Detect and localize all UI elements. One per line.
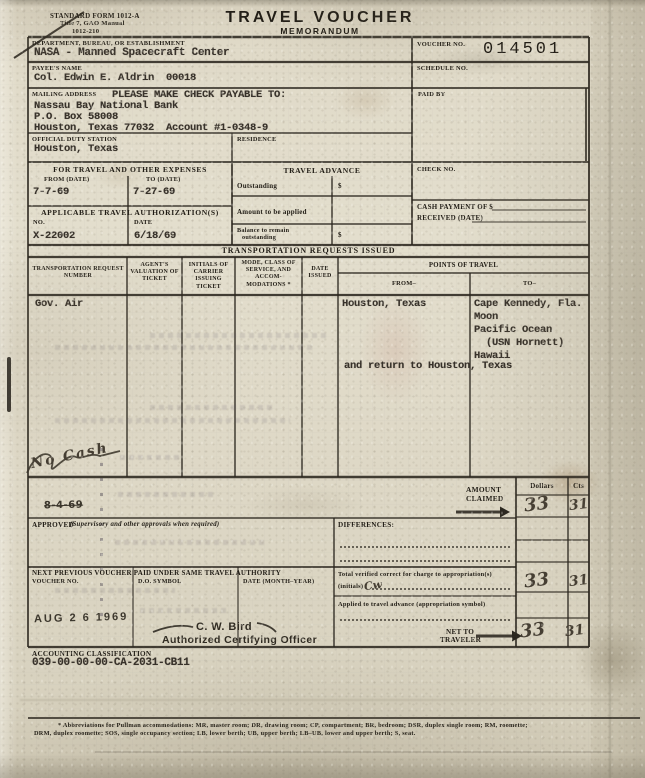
col-agents-valuation: AGENT'S VALUATION OF TICKET — [129, 262, 180, 284]
amount-claimed-cents: 31 — [568, 496, 589, 514]
prev-voucher-header: NEXT PREVIOUS VOUCHER PAID UNDER SAME TR… — [32, 569, 281, 577]
travel-from-value: 7-7-69 — [33, 186, 69, 199]
row-to-line1: Cape Kennedy, Fla. — [474, 298, 582, 311]
bleed-text — [55, 345, 315, 350]
bleed-colons — [100, 448, 103, 623]
check-no-label: CHECK NO. — [417, 166, 455, 174]
col-from: FROM– — [338, 280, 470, 288]
approved-note: (Supervisory and other approvals when re… — [70, 521, 219, 529]
row-request-number: Gov. Air — [35, 298, 83, 311]
payee-name-value: Col. Edwin E. Aldrin 00018 — [34, 72, 196, 85]
net-to-traveler-cents: 31 — [564, 622, 585, 640]
initials-scribble: Cw — [363, 578, 383, 593]
col-date-issued: DATE ISSUED — [304, 266, 336, 280]
col-points-of-travel: POINTS OF TRAVEL — [338, 262, 589, 270]
mailing-line3: Houston, Texas 77032 — [34, 122, 154, 135]
travel-to-label: TO (DATE) — [146, 176, 181, 184]
bleed-text — [150, 405, 275, 410]
handwritten-date: 8-4-69 — [44, 500, 83, 512]
travel-expenses-header: FOR TRAVEL AND OTHER EXPENSES — [28, 165, 232, 174]
net-to-traveler-label2: TRAVELER — [440, 636, 481, 645]
prev-do-symbol-label: D.O. SYMBOL — [138, 578, 182, 585]
col-mode-class: MODE, CLASS OF SERVICE, AND ACCOM-MODATI… — [238, 260, 299, 289]
department-value: NASA - Manned Spacecraft Center — [34, 47, 229, 60]
prev-date-label: DATE (MONTH–YEAR) — [243, 578, 314, 585]
auth-no-value: X-22002 — [33, 230, 75, 243]
row-to-line3: Pacific Ocean — [474, 324, 552, 337]
total-verified-cents: 31 — [568, 572, 589, 590]
bleed-text — [120, 455, 180, 460]
advance-balance-label2: outstanding — [242, 234, 276, 241]
col-initials-carrier: INITIALS OF CARRIER ISSUING TICKET — [184, 262, 233, 291]
mailing-address-label: MAILING ADDRESS — [32, 91, 96, 99]
cash-payment-label: CASH PAYMENT OF $ — [417, 203, 493, 211]
differences-label: DIFFERENCES: — [338, 521, 394, 530]
advance-outstanding-label: Outstanding — [237, 182, 277, 190]
scanned-travel-voucher: STANDARD FORM 1012-A Title 7, GAO Manual… — [0, 0, 645, 778]
page-title: TRAVEL VOUCHER — [190, 8, 450, 27]
duty-station-value: Houston, Texas — [34, 143, 118, 156]
voucher-no-value: 014501 — [483, 40, 562, 59]
auth-no-label: NO. — [33, 219, 45, 227]
travel-auth-header: APPLICABLE TRAVEL AUTHORIZATION(S) — [28, 208, 232, 217]
page-subtitle: MEMORANDUM — [190, 26, 450, 36]
initials-label: (initials) — [338, 583, 363, 591]
total-verified-dollars: 33 — [523, 569, 550, 593]
applied-advance-label: Applied to travel advance (appropriation… — [338, 601, 485, 609]
certifying-officer-title: Authorized Certifying Officer — [162, 634, 317, 646]
advance-applied-label: Amount to be applied — [237, 208, 307, 216]
row-to-line2: Moon — [474, 311, 498, 324]
voucher-no-label: VOUCHER NO. — [417, 41, 465, 49]
footnote-line2: DRM, duplex roomette; SOS, single occupa… — [34, 730, 614, 738]
travel-from-label: FROM (DATE) — [44, 176, 89, 184]
form-manual-ref: Title 7, GAO Manual — [60, 20, 125, 28]
amount-claimed-label2: CLAIMED — [466, 495, 503, 504]
bleed-text — [55, 418, 290, 423]
auth-date-label: DATE — [134, 219, 152, 227]
amount-claimed-dollars: 33 — [523, 493, 550, 517]
travel-to-value: 7-27-69 — [133, 186, 175, 199]
row-return-line: and return to Houston, Texas — [344, 360, 512, 373]
auth-date-value: 6/18/69 — [134, 230, 176, 243]
footnote-line1: * Abbreviations for Pullman accommodatio… — [58, 722, 618, 730]
residence-label: RESIDENCE — [237, 136, 277, 144]
row-to-line4: (USN Hornett) — [486, 337, 564, 350]
mailing-account: Account #1-0348-9 — [166, 122, 268, 135]
form-code: 1012-210 — [72, 28, 99, 36]
certifying-officer-name: C. W. Bird — [196, 621, 252, 633]
advance-balance-dollar: $ — [338, 231, 342, 239]
date-stamp: AUG 2 6 1969 — [34, 611, 129, 625]
dollars-header: Dollars — [516, 482, 568, 490]
approved-label: APPROVED — [32, 521, 74, 530]
row-from-value: Houston, Texas — [342, 298, 426, 311]
bleed-text — [55, 588, 175, 593]
bleed-text — [115, 540, 265, 545]
transport-title: TRANSPORTATION REQUESTS ISSUED — [28, 246, 589, 256]
schedule-no-label: SCHEDULE NO. — [417, 65, 468, 73]
travel-advance-header: TRAVEL ADVANCE — [232, 166, 412, 175]
col-to: TO– — [470, 280, 589, 288]
paid-by-label: PAID BY — [418, 91, 445, 99]
bleed-text — [150, 333, 330, 338]
bleed-text — [118, 492, 213, 497]
cts-header: Cts — [568, 482, 589, 490]
received-date-label: RECEIVED (DATE) — [417, 214, 483, 222]
col-request-number: TRANSPORTATION REQUEST NUMBER — [32, 266, 124, 280]
prev-voucher-no-label: VOUCHER NO. — [32, 578, 79, 585]
bleed-text — [140, 608, 230, 613]
accounting-value: 039-00-00-00-CA-2031-CB11 — [32, 657, 190, 670]
total-verified-label: Total verified correct for charge to app… — [338, 571, 492, 579]
advance-outstanding-dollar: $ — [338, 182, 342, 190]
net-to-traveler-dollars: 33 — [519, 619, 546, 643]
